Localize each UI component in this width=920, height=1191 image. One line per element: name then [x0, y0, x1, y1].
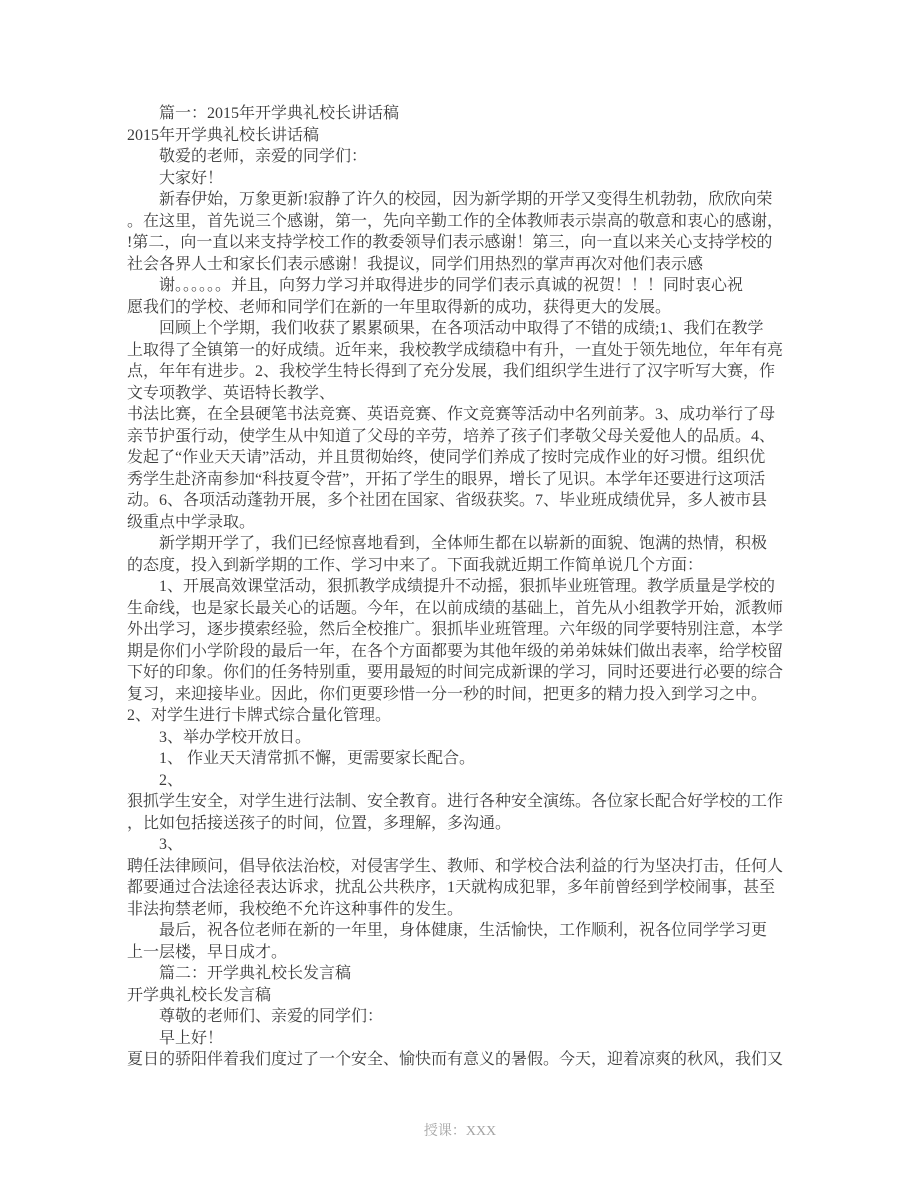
- text-line: 复习，来迎接毕业。因此，你们更要珍惜一分一秒的时间，把更多的精力投入到学习之中。: [127, 684, 799, 706]
- text-line: 2、对学生进行卡牌式综合量化管理。: [127, 705, 799, 727]
- text-line: 亲节护蛋行动，使学生从中知道了父母的辛劳，培养了孩子们孝敬父母关爱他人的品质。4…: [127, 426, 799, 448]
- text-line: 上一层楼，早日成才。: [127, 942, 799, 964]
- footer-credit: 授课：XXX: [0, 1122, 920, 1142]
- text-line: 级重点中学录取。: [127, 512, 799, 534]
- text-line: 生命线，也是家长最关心的话题。今年，在以前成绩的基础上，首先从小组教学开始，派教…: [127, 598, 799, 620]
- text-line: !第二，向一直以来支持学校工作的教委领导们表示感谢！第三，向一直以来关心支持学校…: [127, 232, 799, 254]
- text-line: 夏日的骄阳伴着我们度过了一个安全、愉快而有意义的暑假。今天，迎着凉爽的秋风，我们…: [127, 1049, 799, 1071]
- text-line: 秀学生赴济南参加“科技夏令营”，开拓了学生的眼界，增长了见识。本学年还要进行这项…: [127, 469, 799, 491]
- text-line: 敬爱的老师，亲爱的同学们：: [127, 146, 799, 168]
- text-line: 大家好！: [127, 168, 799, 190]
- text-line: 。在这里，首先说三个感谢，第一，先向辛勤工作的全体教师表示崇高的敬意和衷心的感谢…: [127, 211, 799, 233]
- text-line: 谢。。。。。。并且，向努力学习并取得进步的同学们表示真诚的祝贺！！！同时衷心祝: [127, 275, 799, 297]
- text-line: 新春伊始，万象更新!寂静了许久的校园，因为新学期的开学又变得生机勃勃，欣欣向荣: [127, 189, 799, 211]
- text-line: 非法拘禁老师，我校绝不允许这种事件的发生。: [127, 899, 799, 921]
- text-line: 的态度，投入到新学期的工作、学习中来了。下面我就近期工作简单说几个方面：: [127, 555, 799, 577]
- text-line: ，比如包括接送孩子的时间，位置，多理解，多沟通。: [127, 813, 799, 835]
- text-line: 社会各界人士和家长们表示感谢！我提议，同学们用热烈的掌声再次对他们表示感: [127, 254, 799, 276]
- text-line: 篇一：2015年开学典礼校长讲话稿: [127, 103, 799, 125]
- text-line: 聘任法律顾问，倡导依法治校，对侵害学生、教师、和学校合法利益的行为坚决打击，任何…: [127, 856, 799, 878]
- text-line: 3、: [127, 834, 799, 856]
- text-line: 篇二：开学典礼校长发言稿: [127, 963, 799, 985]
- text-line: 回顾上个学期，我们收获了累累硕果，在各项活动中取得了不错的成绩;1、我们在教学: [127, 318, 799, 340]
- text-line: 1、开展高效课堂活动，狠抓教学成绩提升不动摇，狠抓毕业班管理。教学质量是学校的: [127, 576, 799, 598]
- text-line: 3、举办学校开放日。: [127, 727, 799, 749]
- text-line: 2015年开学典礼校长讲话稿: [127, 125, 799, 147]
- text-line: 期是你们小学阶段的最后一年，在各个方面都要为其他年级的弟弟妹妹们做出表率，给学校…: [127, 641, 799, 663]
- text-line: 开学典礼校长发言稿: [127, 985, 799, 1007]
- text-line: 新学期开学了，我们已经惊喜地看到，全体师生都在以崭新的面貌、饱满的热情，积极: [127, 533, 799, 555]
- text-line: 2、: [127, 770, 799, 792]
- text-line: 下好的印象。你们的任务特别重，要用最短的时间完成新课的学习，同时还要进行必要的综…: [127, 662, 799, 684]
- text-line: 书法比赛，在全县硬笔书法竞赛、英语竞赛、作文竞赛等活动中名列前茅。3、成功举行了…: [127, 404, 799, 426]
- text-line: 狠抓学生安全，对学生进行法制、安全教育。进行各种安全演练。各位家长配合好学校的工…: [127, 791, 799, 813]
- text-line: 最后，祝各位老师在新的一年里，身体健康，生活愉快，工作顺利，祝各位同学学习更: [127, 920, 799, 942]
- document-page: 篇一：2015年开学典礼校长讲话稿2015年开学典礼校长讲话稿敬爱的老师，亲爱的…: [0, 0, 920, 1191]
- text-line: 尊敬的老师们、亲爱的同学们：: [127, 1006, 799, 1028]
- text-line: 1、 作业天天清常抓不懈，更需要家长配合。: [127, 748, 799, 770]
- text-line: 动。6、各项活动蓬勃开展，多个社团在国家、省级获奖。7、毕业班成绩优异，多人被市…: [127, 490, 799, 512]
- text-line: 点，年年有进步。2、我校学生特长得到了充分发展，我们组织学生进行了汉字听写大赛，…: [127, 361, 799, 383]
- text-line: 文专项教学、英语特长教学、: [127, 383, 799, 405]
- text-line: 发起了“作业天天请”活动，并且贯彻始终，使同学们养成了按时完成作业的好习惯。组织…: [127, 447, 799, 469]
- text-line: 外出学习，逐步摸索经验，然后全校推广。狠抓毕业班管理。六年级的同学要特别注意，本…: [127, 619, 799, 641]
- text-line: 上取得了全镇第一的好成绩。近年来，我校教学成绩稳中有升，一直处于领先地位，年年有…: [127, 340, 799, 362]
- text-line: 早上好！: [127, 1028, 799, 1050]
- text-line: 愿我们的学校、老师和同学们在新的一年里取得新的成功，获得更大的发展。: [127, 297, 799, 319]
- text-line: 都要通过合法途径表达诉求，扰乱公共秩序，1天就构成犯罪，多年前曾经到学校闹事，甚…: [127, 877, 799, 899]
- document-body: 篇一：2015年开学典礼校长讲话稿2015年开学典礼校长讲话稿敬爱的老师，亲爱的…: [127, 103, 799, 1071]
